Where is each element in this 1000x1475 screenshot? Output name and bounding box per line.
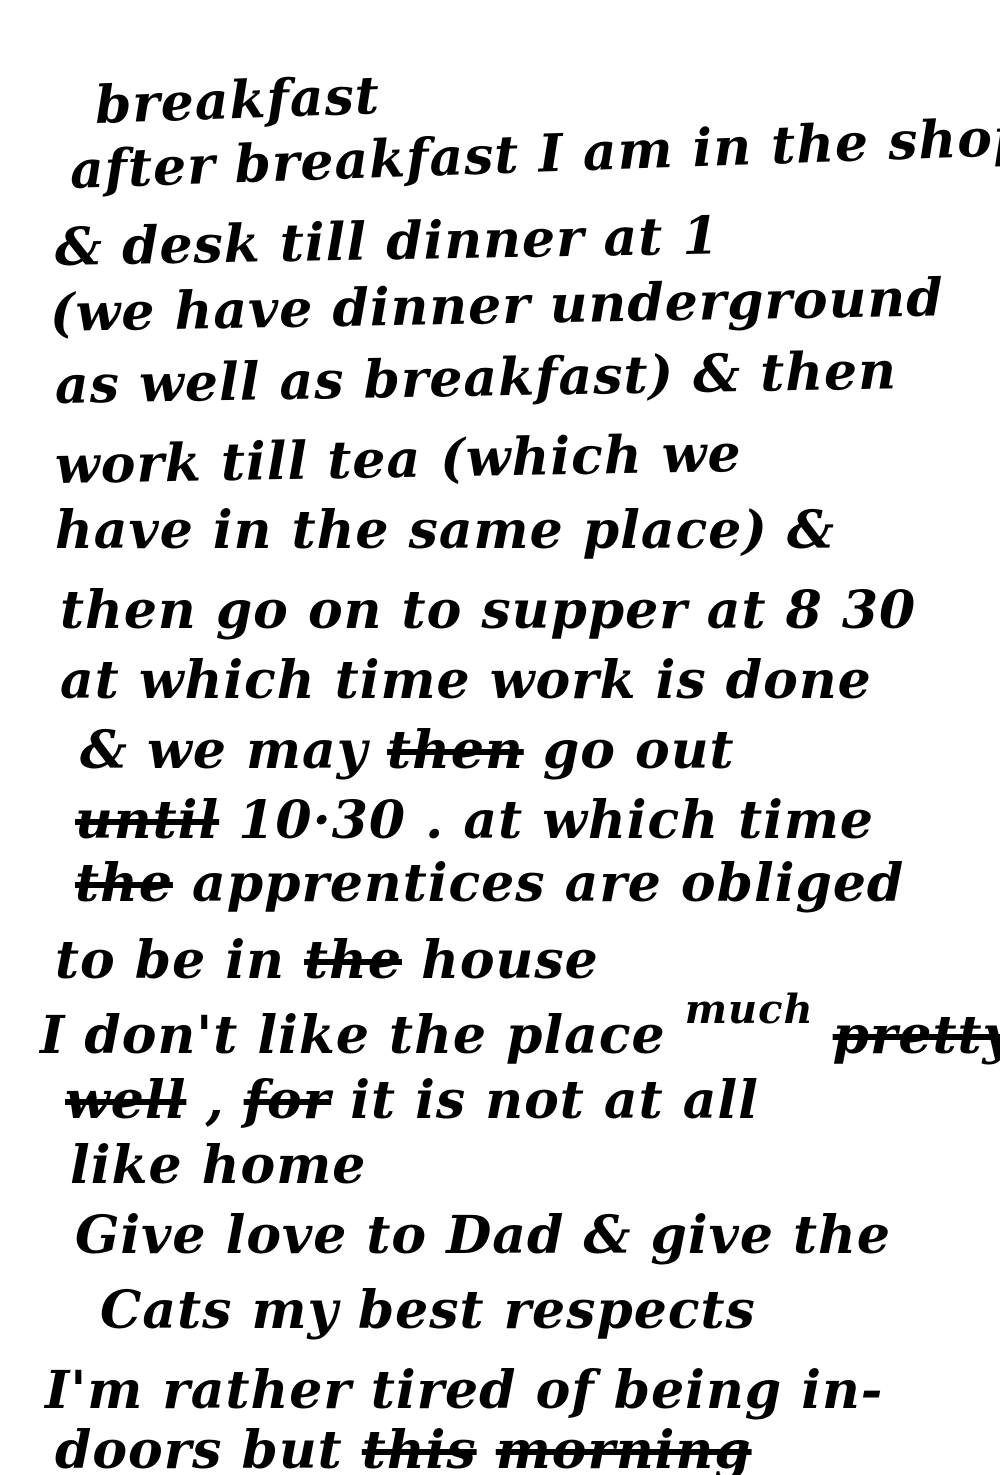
line-text: at which time work is done — [60, 650, 872, 711]
line-text: work till tea (which we — [54, 423, 742, 496]
line-text: it is not at all — [350, 1070, 759, 1131]
letter-line-9: at which time work is done — [60, 655, 872, 707]
line-text: breakfast — [94, 65, 381, 136]
line-text: & we may — [80, 720, 387, 781]
letter-line-19: I'm rather tired of being in- — [45, 1365, 883, 1417]
struck-text: for — [244, 1070, 331, 1131]
line-text: I'm rather tired of being in- — [45, 1360, 883, 1421]
letter-line-5: as well as breakfast) & then — [55, 345, 898, 412]
line-text: house — [421, 930, 599, 991]
line-text: to be in — [55, 930, 304, 991]
letter-line-20: doors but this morning — [55, 1425, 752, 1475]
line-text: I don't like the place — [40, 1005, 685, 1066]
letter-line-11: until 10·30 . at which time — [75, 795, 874, 847]
line-text: apprentices are obliged — [192, 853, 904, 914]
letter-line-10: & we may then go out — [80, 725, 735, 777]
line-text: as well as breakfast) & then — [54, 340, 897, 416]
struck-text: then — [387, 720, 524, 781]
line-text: 10·30 . at which time — [238, 790, 874, 851]
struck-text: the — [75, 853, 173, 914]
inserted-text: much — [685, 986, 814, 1033]
line-text: Cats my best respects — [100, 1280, 756, 1341]
letter-page: breakfast after breakfast I am in the sh… — [0, 0, 1000, 1475]
letter-line-16: like home — [70, 1140, 366, 1192]
line-text: like home — [70, 1135, 366, 1196]
struck-text: until — [75, 790, 219, 851]
line-text: then go on to supper at 8 30 — [60, 580, 916, 641]
struck-text: pretty — [833, 1005, 1000, 1066]
letter-line-6: work till tea (which we — [55, 428, 742, 492]
letter-line-4: (we have dinner underground — [50, 272, 944, 340]
letter-line-8: then go on to supper at 8 30 — [60, 585, 916, 637]
letter-line-15: well , for it is not at all — [65, 1075, 759, 1127]
struck-text: this — [362, 1420, 477, 1475]
letter-line-12: the apprentices are obliged — [75, 858, 904, 910]
struck-text: morning — [496, 1420, 752, 1475]
letter-line-13: to be in the house — [55, 935, 599, 987]
struck-text: well — [65, 1070, 186, 1131]
line-text: have in the same place) & — [55, 500, 835, 561]
line-text: Give love to Dad & give the — [75, 1205, 891, 1266]
line-text: doors but — [55, 1420, 362, 1475]
letter-line-7: have in the same place) & — [55, 505, 835, 557]
letter-line-17: Give love to Dad & give the — [75, 1210, 891, 1262]
line-text: (we have dinner underground — [49, 267, 944, 344]
letter-line-1: breakfast — [94, 70, 381, 132]
line-text: & desk till dinner at 1 — [54, 205, 720, 278]
letter-line-18: Cats my best respects — [100, 1285, 756, 1337]
struck-text: the — [304, 930, 402, 991]
letter-line-14: I don't like the place much pretty — [40, 1010, 1000, 1062]
letter-line-3: & desk till dinner at 1 — [55, 210, 720, 274]
line-text: , — [205, 1070, 243, 1131]
line-text: go out — [543, 720, 735, 781]
